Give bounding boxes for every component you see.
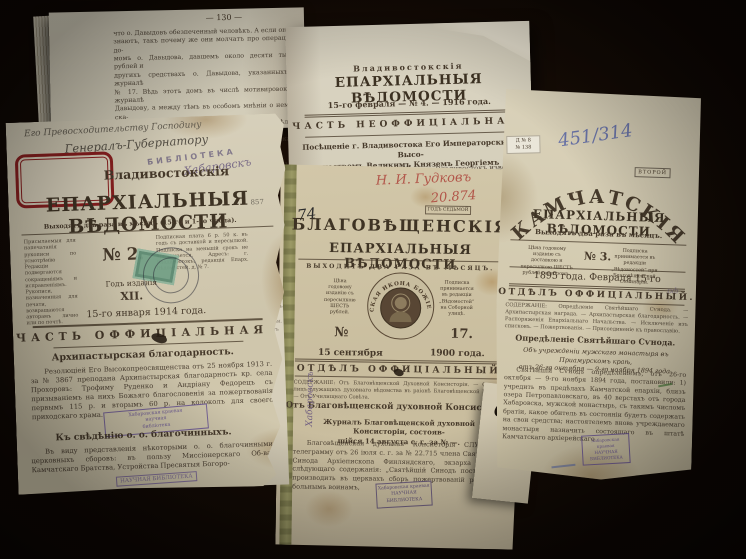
issue-date-year: 1900 года.	[430, 348, 485, 359]
printed-rule	[305, 131, 515, 137]
issue-number-value: 17.	[450, 327, 473, 342]
price-note: Цѣна годовому изданію съ пересылкою ШЕСТ…	[321, 279, 360, 317]
vladivostok-gazette-1914-cover: Его Превосходительству Господину Генерал…	[6, 113, 297, 494]
year-of-issue-badge: ГОДЪ СЕДЬМОЙ	[425, 205, 471, 215]
printed-rule	[295, 376, 503, 380]
albazin-icon-medallion: АЛБАЗИНСКАЯ ИКОНА БОЖІЕЙ МАТЕРИ	[366, 272, 435, 341]
photo-of-eparchial-gazettes: — 130 — что о. Давыдовъ обезпеченный чел…	[0, 0, 746, 559]
issue-number-sign: №	[334, 325, 348, 340]
library-stamp-partial: НАУЧНАЯ БИБЛІОТЕКА	[116, 471, 197, 487]
library-stamp: Хабаровская краевая НАУЧНАЯ БИБЛИОТЕКА	[375, 481, 432, 509]
blue-pencil-stroke	[551, 462, 575, 469]
notice-body: Въ виду представленія нѣкоторыми о. о. б…	[31, 440, 274, 475]
handwritten-accession-number: 20.874	[430, 188, 476, 206]
issue-date-day: 15 сентября	[318, 348, 383, 359]
shelf-label: Д № 8 № 138	[506, 135, 540, 154]
vertical-handwriting: Хабаровскъ	[305, 371, 316, 427]
handwritten-blue-number: 451/314	[557, 120, 634, 151]
gazette-1895-contents: СОДЕРЖАНІЕ: Опредѣленіе Святѣйшаго Сѵнод…	[505, 302, 689, 335]
subscription-note: Подписка принимается въ редакціи „Вѣдомо…	[437, 281, 478, 319]
gazette-1900-contents: СОДЕРЖАНІЕ: Отъ Благовѣщенской Духовной …	[293, 380, 505, 404]
page-number: — 130 —	[179, 12, 269, 23]
gazette-1900-title-line1: БЛАГОВѢЩЕНСКІЯ	[280, 214, 522, 236]
library-stamp: Хабаровская краевая НАУЧНАЯ БИБЛИОТЕКА	[581, 433, 631, 465]
kamchatka-gazette-1895-cover: Д № 8 № 138 451/314 ВТОРОЙ КАМЧАТСКІЯ ❖ …	[491, 89, 703, 483]
gazette-1916-section: ЧАСТЬ НЕОФФИЦІАЛЬНАЯ.	[288, 116, 532, 132]
handwritten-owner-name: Н. И. Гудковъ	[376, 170, 472, 189]
